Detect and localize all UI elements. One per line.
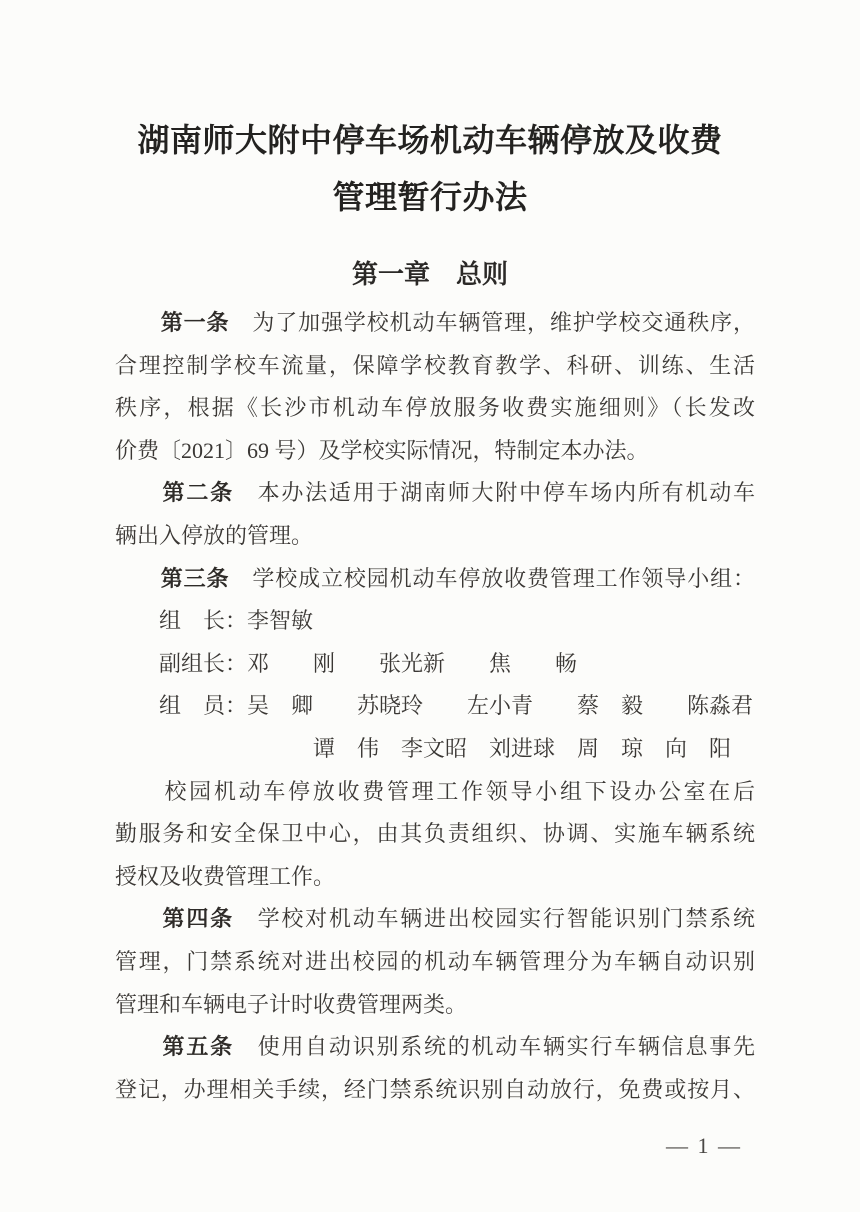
document-line: 副组长：邓 刚 张光新 焦 畅: [115, 643, 755, 686]
document-line: 第一条 为了加强学校机动车辆管理，维护学校交通秩序，: [115, 302, 755, 345]
document-line: 价费〔2021〕69 号）及学校实际情况，特制定本办法。: [115, 430, 755, 473]
document-line: 管理，门禁系统对进出校园的机动车辆管理分为车辆自动识别: [115, 941, 755, 984]
document-line: 校园机动车停放收费管理工作领导小组下设办公室在后: [115, 771, 755, 814]
document-line: 勤服务和安全保卫中心，由其负责组织、协调、实施车辆系统: [115, 813, 755, 856]
document-line: 辆出入停放的管理。: [115, 515, 755, 558]
article-number: 第四条: [163, 906, 234, 931]
document-line: 谭 伟 李文昭 刘进球 周 琼 向 阳: [115, 728, 755, 771]
document-line: 组 员：吴 卿 苏晓玲 左小青 蔡 毅 陈淼君: [115, 685, 755, 728]
document-page: 湖南师大附中停车场机动车辆停放及收费 管理暂行办法 第一章 总则 第一条 为了加…: [0, 0, 860, 1212]
article-number: 第一条: [161, 310, 230, 335]
title-line-2: 管理暂行办法: [0, 169, 860, 226]
document-title: 湖南师大附中停车场机动车辆停放及收费 管理暂行办法: [0, 0, 860, 226]
document-line: 第五条 使用自动识别系统的机动车辆实行车辆信息事先: [115, 1026, 755, 1069]
document-line: 授权及收费管理工作。: [115, 856, 755, 899]
document-line: 管理和车辆电子计时收费管理两类。: [115, 984, 755, 1027]
document-line: 第三条 学校成立校园机动车停放收费管理工作领导小组：: [115, 558, 755, 601]
document-line: 合理控制学校车流量，保障学校教育教学、科研、训练、生活: [115, 345, 755, 388]
article-number: 第五条: [163, 1034, 234, 1059]
article-number: 第二条: [163, 480, 234, 505]
document-body: 第一条 为了加强学校机动车辆管理，维护学校交通秩序，合理控制学校车流量，保障学校…: [0, 302, 755, 1111]
document-line: 秩序，根据《长沙市机动车停放服务收费实施细则》（长发改: [115, 387, 755, 430]
page-number: — 1 —: [0, 1133, 860, 1159]
title-line-1: 湖南师大附中停车场机动车辆停放及收费: [0, 112, 860, 169]
document-line: 第四条 学校对机动车辆进出校园实行智能识别门禁系统: [115, 898, 755, 941]
chapter-heading: 第一章 总则: [0, 256, 860, 292]
document-line: 第二条 本办法适用于湖南师大附中停车场内所有机动车: [115, 472, 755, 515]
document-line: 组 长：李智敏: [115, 600, 755, 643]
document-line: 登记，办理相关手续，经门禁系统识别自动放行，免费或按月、: [115, 1069, 755, 1112]
article-number: 第三条: [161, 566, 230, 591]
